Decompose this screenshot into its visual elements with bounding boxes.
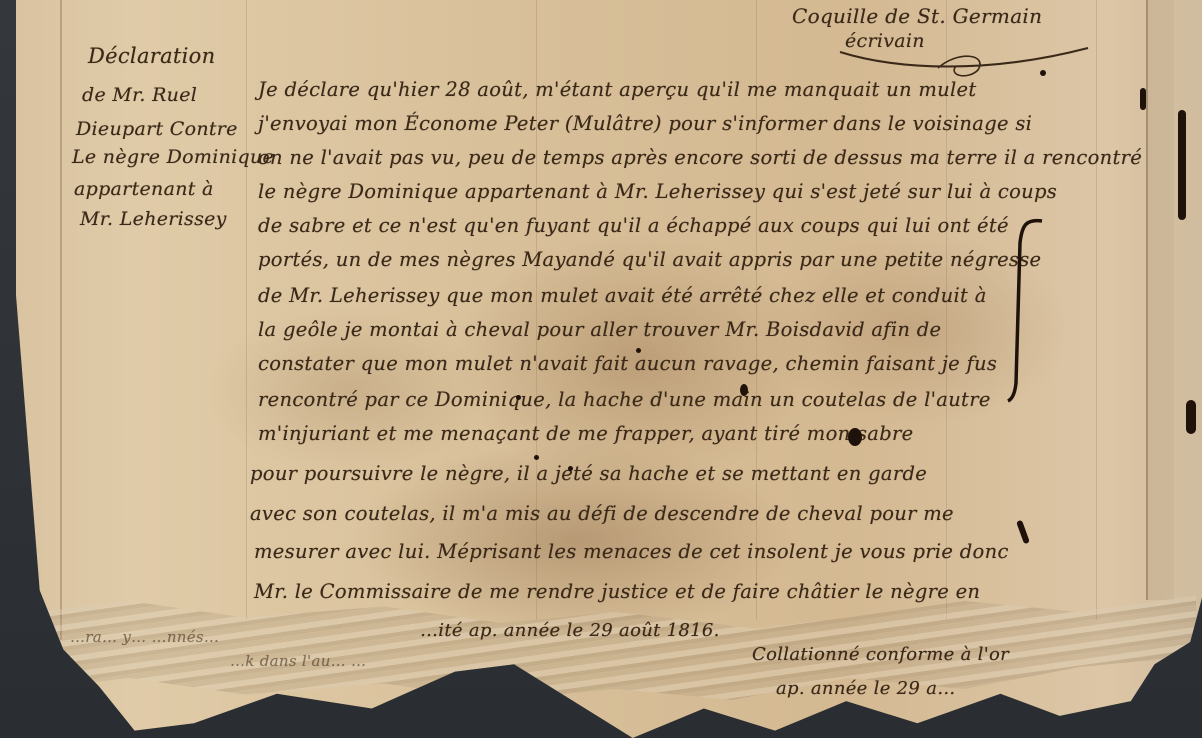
ink-smear [1178,110,1186,220]
collation-line: ap. année le 29 a… [776,678,956,699]
body-line: avec son coutelas, il m'a mis au défi de… [250,502,954,525]
body-line: constater que mon mulet n'avait fait auc… [258,352,997,375]
margin-note-line: Dieupart Contre [76,118,238,140]
body-line: Je déclare qu'hier 28 août, m'étant aper… [258,78,977,101]
ink-dot [1040,70,1046,76]
body-line: rencontré par ce Dominique, la hache d'u… [258,388,991,411]
date-line: …ité ap. année le 29 août 1816. [420,620,720,641]
header-signature-name: Coquille de St. Germain [792,4,1042,28]
damaged-text-line: …ra… y… …nnés… [70,628,219,646]
body-line: mesurer avec lui. Méprisant les menaces … [254,540,1009,563]
ink-dot [636,348,641,353]
signature-flourish-icon [838,40,1098,80]
body-line: on ne l'avait pas vu, peu de temps après… [258,146,1142,169]
ink-blot [848,428,862,446]
body-line: j'envoyai mon Économe Peter (Mulâtre) po… [258,112,1032,135]
body-line: de sabre et ce n'est qu'en fuyant qu'il … [258,214,1009,237]
body-line: le nègre Dominique appartenant à Mr. Leh… [258,180,1057,203]
body-line: portés, un de mes nègres Mayandé qu'il a… [258,248,1041,271]
margin-rule [246,0,247,620]
right-page-edge [1146,0,1174,600]
body-line: Mr. le Commissaire de me rendre justice … [254,580,980,603]
margin-note-line: Déclaration [88,44,215,68]
body-line: pour poursuivre le nègre, il a jeté sa h… [250,462,927,485]
ink-blot [1140,88,1146,110]
margin-note-line: de Mr. Ruel [82,84,197,106]
margin-note-line: Le nègre Dominique [72,146,274,168]
body-line: de Mr. Leherissey que mon mulet avait ét… [258,284,987,307]
damaged-text-line: …k dans l'au… … [230,652,366,670]
ink-dot [516,395,521,400]
ink-blot [740,384,748,396]
ruled-line [1096,0,1097,620]
ink-smear [1186,400,1196,434]
body-line: la geôle je montai à cheval pour aller t… [258,318,941,341]
margin-note-line: Mr. Leherissey [80,208,227,230]
body-line: m'injuriant et me menaçant de me frapper… [258,422,913,445]
ink-bracket-mark-icon [1006,213,1046,403]
ink-dot [568,466,573,471]
ink-dot [534,455,539,460]
margin-note-line: appartenant à [74,178,214,200]
collation-line: Collationné conforme à l'or [752,644,1009,665]
page-fold-line [60,0,62,640]
